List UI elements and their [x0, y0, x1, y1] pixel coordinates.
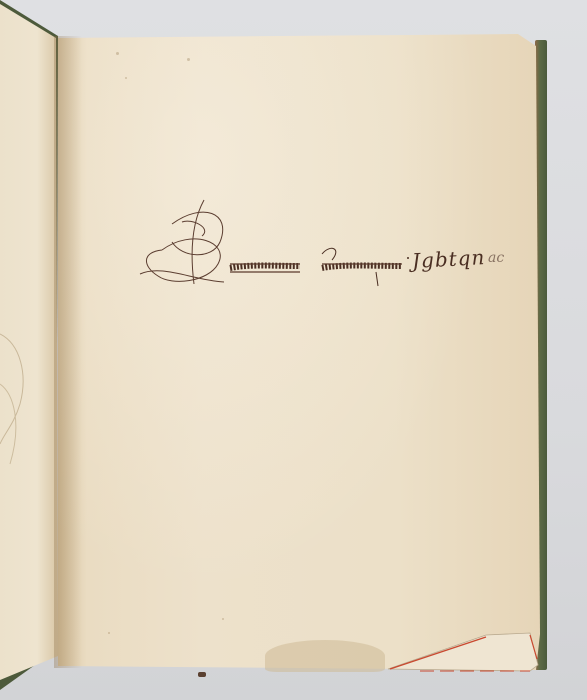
monogram-flourish: [140, 200, 224, 284]
left-endpaper: [0, 4, 62, 684]
struck-word-1: [230, 264, 300, 272]
inscription-legible-text: Jgbtqn: [411, 245, 485, 273]
foxing-spot: [116, 52, 119, 55]
foxing-spot: [108, 632, 110, 634]
foxing-spot: [125, 77, 127, 79]
faint-pencil-sketch: [0, 4, 62, 684]
foxing-spot: [187, 58, 190, 61]
right-endpaper: [58, 34, 540, 670]
foxing-spot: [222, 618, 224, 620]
gutter-shadow: [54, 36, 82, 668]
water-stain: [265, 640, 385, 672]
inscription-suffix: ac: [488, 250, 504, 266]
folded-corner: [380, 615, 540, 675]
paper-tear: [198, 672, 206, 677]
struck-word-2: [322, 248, 409, 286]
